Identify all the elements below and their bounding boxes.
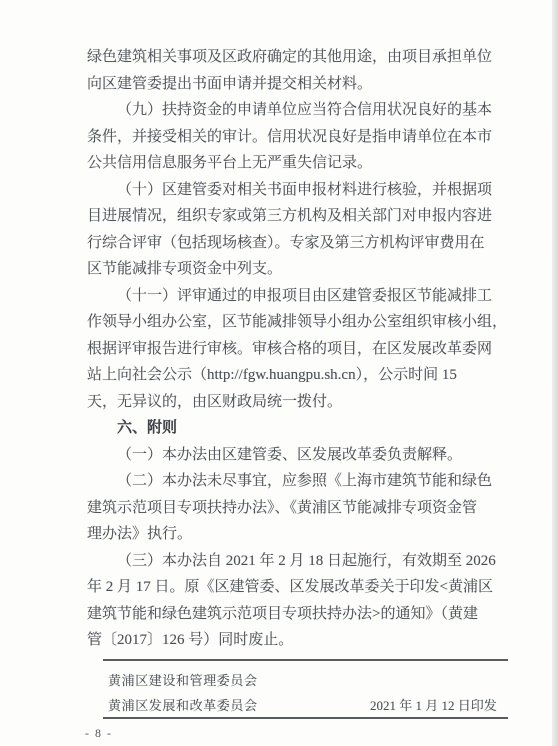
- doc-line: （二）本办法未尽事宜，应参照《上海市建筑节能和绿色: [87, 468, 505, 495]
- page-number: - 8 -: [85, 726, 113, 741]
- doc-line: （十）区建管委对相关书面申报材料进行核验，并根据项: [87, 177, 505, 204]
- doc-line: 公共信用信息服务平台上无严重失信记录。: [87, 150, 505, 177]
- doc-line: 年 2 月 17 日。原《区建管委、区发展改革委关于印发<黄浦区: [87, 574, 505, 601]
- document-page: 绿色建筑相关事项及区政府确定的其他用途，由项目承担单位 向区建管委提出书面申请并…: [0, 0, 558, 746]
- doc-line: （九）扶持资金的申请单位应当符合信用状况良好的基本: [87, 97, 505, 124]
- issuer-line-1: 黄浦区建设和管理委员会: [108, 670, 258, 689]
- doc-line: 管〔2017〕126 号）同时废止。: [87, 627, 505, 654]
- doc-line: （一）本办法由区建管委、区发展改革委负责解释。: [87, 442, 505, 469]
- doc-line: 绿色建筑相关事项及区政府确定的其他用途，由项目承担单位: [87, 44, 505, 71]
- doc-line: （十一）评审通过的申报项目由区建管委报区节能减排工: [87, 283, 505, 310]
- scan-edge-shadow: [552, 0, 558, 746]
- footer-rule-bottom: [103, 717, 508, 719]
- doc-line: 天，无异议的，由区财政局统一拨付。: [87, 389, 505, 416]
- doc-line: 理办法》执行。: [87, 521, 505, 548]
- doc-line: 目进展情况，组织专家或第三方机构及相关部门对申报内容进: [87, 203, 505, 230]
- footer-rule-top: [103, 659, 508, 661]
- doc-line: 向区建管委提出书面申请并提交相关材料。: [87, 71, 505, 98]
- doc-line: （三）本办法自 2021 年 2 月 18 日起施行，有效期至 2026: [87, 548, 505, 575]
- doc-line: 建筑节能和绿色建筑示范项目专项扶持办法>的通知》（黄建: [87, 601, 505, 628]
- print-date: 2021 年 1 月 12 日印发: [370, 695, 497, 714]
- body-text: 绿色建筑相关事项及区政府确定的其他用途，由项目承担单位 向区建管委提出书面申请并…: [87, 44, 505, 654]
- doc-line: 根据评审报告进行审核。审核合格的项目，在区发展改革委网: [87, 336, 505, 363]
- doc-line-with-url: 站上向社会公示（http://fgw.huangpu.sh.cn），公示时间 1…: [87, 362, 505, 389]
- doc-line: 条件，并接受相关的审计。信用状况良好是指申请单位在本市: [87, 124, 505, 151]
- doc-line: 行综合评审（包括现场核查）。专家及第三方机构评审费用在: [87, 230, 505, 257]
- section-heading: 六、附则: [87, 415, 505, 442]
- doc-line: 区节能减排专项资金中列支。: [87, 256, 505, 283]
- issuer-line-2: 黄浦区发展和改革委员会: [108, 695, 258, 714]
- doc-line: 作领导小组办公室，区节能减排领导小组办公室组织审核小组，: [87, 309, 505, 336]
- doc-line: 建筑示范项目专项扶持办法》、《黄浦区节能减排专项资金管: [87, 495, 505, 522]
